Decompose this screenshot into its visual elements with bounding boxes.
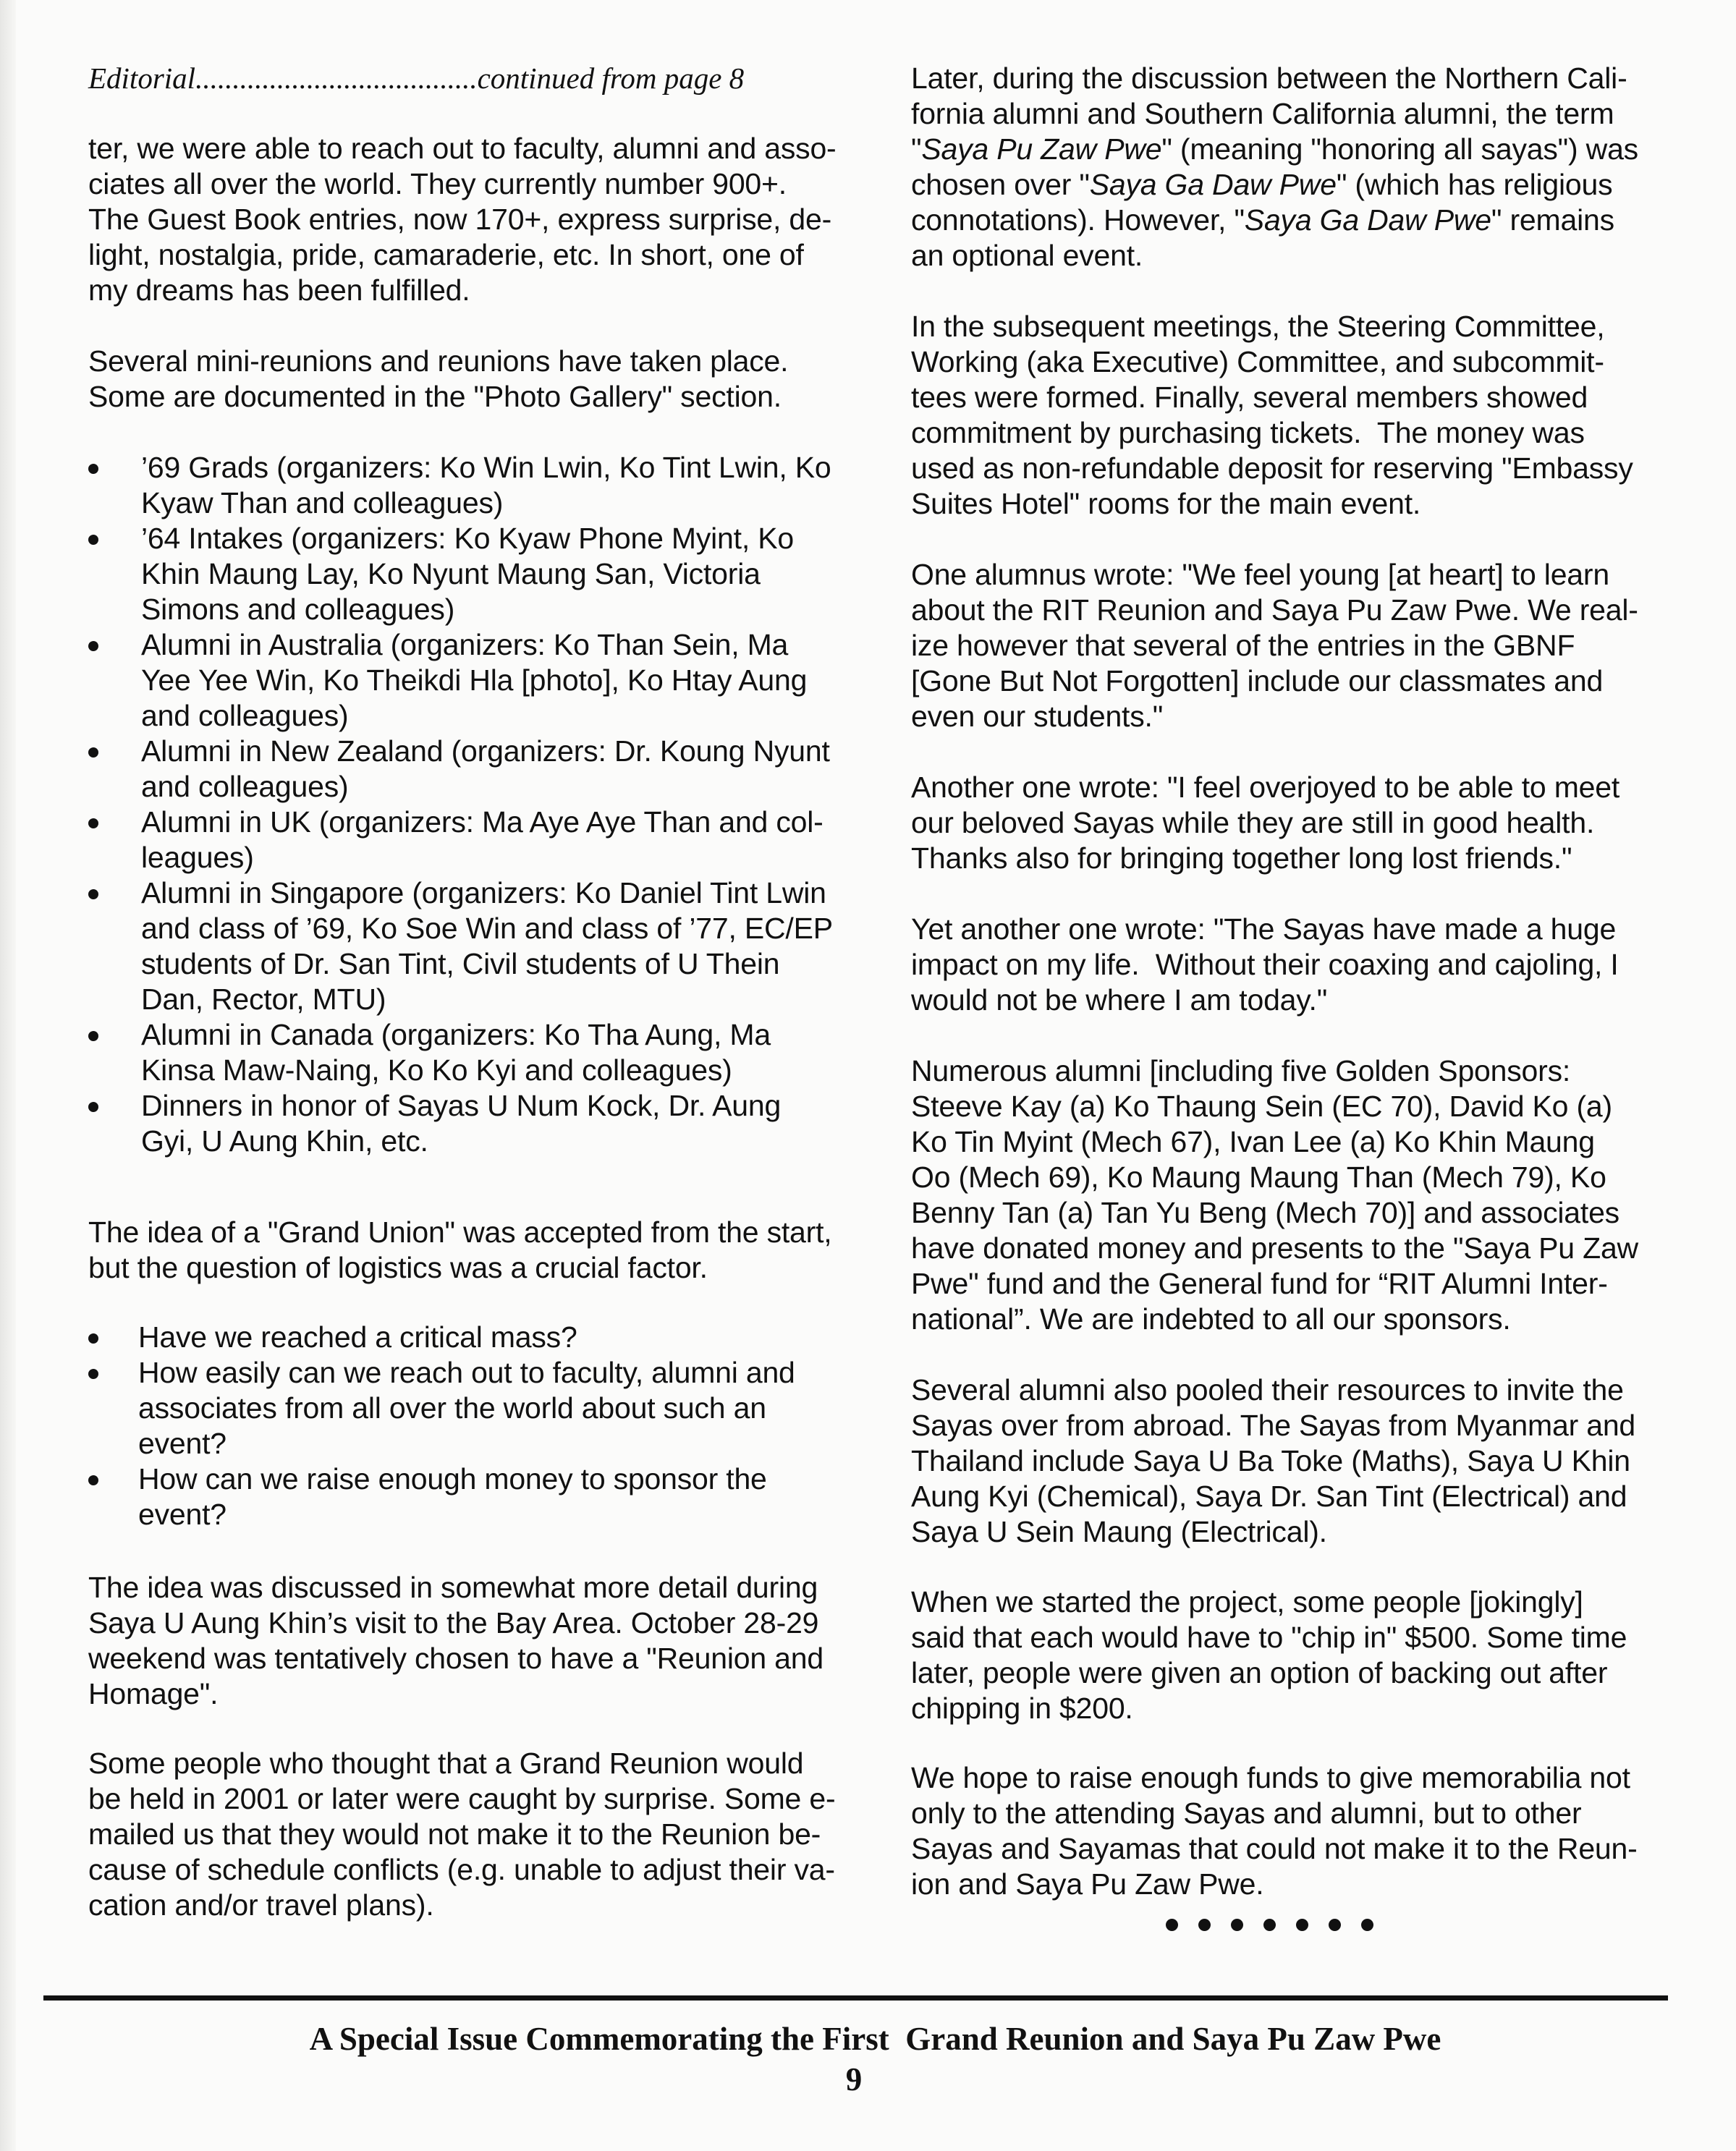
right-paragraph-4: Another one wrote: "I feel overjoyed to …: [911, 770, 1678, 876]
right-paragraph-8: When we started the project, some people…: [911, 1584, 1678, 1726]
right-paragraph-6: Numerous alumni [including five Golden S…: [911, 1053, 1678, 1337]
questions-list: Have we reached a critical mass? How eas…: [88, 1320, 877, 1537]
bullet-icon: [88, 535, 98, 545]
right-paragraph-2: In the subsequent meetings, the Steering…: [911, 309, 1678, 522]
text-line: have donated money and presents to the "…: [911, 1231, 1678, 1266]
text-line: Simons and colleagues): [141, 592, 794, 627]
dot-icon: [1329, 1919, 1341, 1931]
text-line: Thailand include Saya U Ba Toke (Maths),…: [911, 1443, 1678, 1479]
text-line: impact on my life. Without their coaxing…: [911, 947, 1678, 983]
text-line: our beloved Sayas while they are still i…: [911, 805, 1678, 841]
text-line: event?: [138, 1426, 795, 1461]
text-line: ciates all over the world. They currentl…: [88, 166, 877, 202]
text-line: Yee Yee Win, Ko Theikdi Hla [photo], Ko …: [141, 663, 807, 698]
dot-icon: [1166, 1919, 1178, 1931]
section-name: Editorial: [88, 61, 195, 95]
text-segment: connotations). However, ": [911, 203, 1245, 237]
text-line: Gyi, U Aung Khin, etc.: [141, 1124, 781, 1159]
text-line: The idea of a "Grand Union" was accepted…: [88, 1215, 877, 1250]
scan-edge-shadow: [0, 0, 16, 2151]
right-paragraph-1: Later, during the discussion between the…: [911, 61, 1678, 273]
bullet-icon: [88, 889, 98, 899]
text-line: Another one wrote: "I feel overjoyed to …: [911, 770, 1678, 805]
left-paragraph-5: Some people who thought that a Grand Reu…: [88, 1746, 877, 1923]
text-line: Thanks also for bringing together long l…: [911, 841, 1678, 876]
text-line: Alumni in Australia (organizers: Ko Than…: [141, 627, 807, 663]
text-line: later, people were given an option of ba…: [911, 1655, 1678, 1691]
text-line: Later, during the discussion between the…: [911, 61, 1678, 96]
text-line: Alumni in Singapore (organizers: Ko Dani…: [141, 875, 833, 911]
text-line: Kyaw Than and colleagues): [141, 485, 831, 521]
text-line: Sayas and Sayamas that could not make it…: [911, 1831, 1678, 1867]
left-paragraph-4: The idea was discussed in somewhat more …: [88, 1570, 877, 1712]
bullet-icon: [88, 464, 98, 474]
text-line: ’64 Intakes (organizers: Ko Kyaw Phone M…: [141, 521, 794, 556]
end-of-article-mark: [1166, 1919, 1373, 1932]
text-line: light, nostalgia, pride, camaraderie, et…: [88, 237, 877, 273]
text-segment: " (which has religious: [1337, 168, 1613, 201]
text-line: weekend was tentatively chosen to have a…: [88, 1641, 877, 1676]
text-line: commitment by purchasing tickets. The mo…: [911, 415, 1678, 451]
bullet-icon: [88, 1333, 98, 1344]
bullet-icon: [88, 1031, 98, 1041]
text-line: Numerous alumni [including five Golden S…: [911, 1053, 1678, 1089]
dot-icon: [1361, 1919, 1373, 1931]
text-line: Several alumni also pooled their resourc…: [911, 1373, 1678, 1408]
text-segment: chosen over ": [911, 168, 1090, 201]
text-line: used as non-refundable deposit for reser…: [911, 451, 1678, 486]
text-line: Sayas over from abroad. The Sayas from M…: [911, 1408, 1678, 1443]
text-segment: ": [911, 132, 921, 166]
continuation-header: Editorial...............................…: [88, 61, 877, 96]
text-line: Yet another one wrote: "The Sayas have m…: [911, 912, 1678, 947]
text-line: said that each would have to "chip in" $…: [911, 1620, 1678, 1655]
text-line: One alumnus wrote: "We feel young [at he…: [911, 557, 1678, 593]
italic-term: Saya Pu Zaw Pwe: [921, 132, 1161, 166]
bullet-icon: [88, 1102, 98, 1112]
text-line: would not be where I am today.": [911, 983, 1678, 1018]
right-paragraph-3: One alumnus wrote: "We feel young [at he…: [911, 557, 1678, 734]
text-line: associates from all over the world about…: [138, 1391, 795, 1426]
text-line: How easily can we reach out to faculty, …: [138, 1355, 795, 1391]
text-line: Oo (Mech 69), Ko Maung Maung Than (Mech …: [911, 1160, 1678, 1195]
text-line: The idea was discussed in somewhat more …: [88, 1570, 877, 1605]
text-line: Khin Maung Lay, Ko Nyunt Maung San, Vict…: [141, 556, 794, 592]
text-line: ’69 Grads (organizers: Ko Win Lwin, Ko T…: [141, 450, 831, 485]
text-line: ion and Saya Pu Zaw Pwe.: [911, 1867, 1678, 1902]
text-line: ter, we were able to reach out to facult…: [88, 131, 877, 166]
text-line: In the subsequent meetings, the Steering…: [911, 309, 1678, 344]
text-line: even our students.": [911, 699, 1678, 734]
text-line: leagues): [141, 840, 823, 875]
text-line: chosen over "Saya Ga Daw Pwe" (which has…: [911, 167, 1678, 203]
text-line: cause of schedule conflicts (e.g. unable…: [88, 1852, 877, 1888]
left-paragraph-3: The idea of a "Grand Union" was accepted…: [88, 1215, 877, 1286]
dot-leader: ......................................: [195, 61, 478, 95]
text-line: students of Dr. San Tint, Civil students…: [141, 946, 833, 982]
bullet-icon: [88, 1475, 98, 1485]
text-line: national”. We are indebted to all our sp…: [911, 1302, 1678, 1337]
text-line: connotations). However, "Saya Ga Daw Pwe…: [911, 203, 1678, 238]
text-line: Suites Hotel" rooms for the main event.: [911, 486, 1678, 522]
text-line: Alumni in Canada (organizers: Ko Tha Aun…: [141, 1017, 771, 1053]
text-line: Dan, Rector, MTU): [141, 982, 833, 1017]
text-line: Steeve Kay (a) Ko Thaung Sein (EC 70), D…: [911, 1089, 1678, 1124]
text-line: cation and/or travel plans).: [88, 1888, 877, 1923]
text-segment: " (meaning "honoring all sayas") was: [1161, 132, 1638, 166]
text-line: an optional event.: [911, 238, 1678, 273]
dot-icon: [1296, 1919, 1308, 1931]
text-line: mailed us that they would not make it to…: [88, 1817, 877, 1852]
right-paragraph-9: We hope to raise enough funds to give me…: [911, 1760, 1678, 1902]
bullet-icon: [88, 818, 98, 828]
text-line: only to the attending Sayas and alumni, …: [911, 1796, 1678, 1831]
text-line: Saya U Aung Khin’s visit to the Bay Area…: [88, 1605, 877, 1641]
left-paragraph-1: ter, we were able to reach out to facult…: [88, 131, 877, 308]
right-paragraph-7: Several alumni also pooled their resourc…: [911, 1373, 1678, 1550]
text-line: When we started the project, some people…: [911, 1584, 1678, 1620]
text-line: Some people who thought that a Grand Reu…: [88, 1746, 877, 1781]
text-line: We hope to raise enough funds to give me…: [911, 1760, 1678, 1796]
text-line: Dinners in honor of Sayas U Num Kock, Dr…: [141, 1088, 781, 1124]
text-line: ize however that several of the entries …: [911, 628, 1678, 663]
text-line: Pwe" fund and the General fund for “RIT …: [911, 1266, 1678, 1302]
dot-icon: [1231, 1919, 1243, 1931]
page-number: 9: [836, 2061, 872, 2098]
text-line: Alumni in New Zealand (organizers: Dr. K…: [141, 734, 830, 769]
text-line: Kinsa Maw-Naing, Ko Ko Kyi and colleague…: [141, 1053, 771, 1088]
text-line: and colleagues): [141, 698, 807, 734]
text-line: be held in 2001 or later were caught by …: [88, 1781, 877, 1817]
text-line: and colleagues): [141, 769, 830, 805]
text-line: Several mini-reunions and reunions have …: [88, 344, 877, 379]
dot-icon: [1263, 1919, 1276, 1931]
text-line: Alumni in UK (organizers: Ma Aye Aye Tha…: [141, 805, 823, 840]
text-line: chipping in $200.: [911, 1691, 1678, 1726]
reunions-list: ’69 Grads (organizers: Ko Win Lwin, Ko T…: [88, 450, 877, 1159]
text-line: Some are documented in the "Photo Galler…: [88, 379, 877, 415]
bullet-icon: [88, 1369, 98, 1379]
right-paragraph-5: Yet another one wrote: "The Sayas have m…: [911, 912, 1678, 1018]
text-line: tees were formed. Finally, several membe…: [911, 380, 1678, 415]
text-line: fornia alumni and Southern California al…: [911, 96, 1678, 132]
bullet-icon: [88, 747, 98, 758]
dot-icon: [1198, 1919, 1211, 1931]
text-line: Saya U Sein Maung (Electrical).: [911, 1514, 1678, 1550]
text-line: but the question of logistics was a cruc…: [88, 1250, 877, 1286]
text-line: my dreams has been fulfilled.: [88, 273, 877, 308]
text-segment: " remains: [1491, 203, 1614, 237]
text-line: How can we raise enough money to sponsor…: [138, 1461, 767, 1497]
text-line: and class of ’69, Ko Soe Win and class o…: [141, 911, 833, 946]
text-line: Ko Tin Myint (Mech 67), Ivan Lee (a) Ko …: [911, 1124, 1678, 1160]
footer-rule: [43, 1995, 1668, 2001]
bullet-icon: [88, 641, 98, 651]
italic-term: Saya Ga Daw Pwe: [1245, 203, 1491, 237]
text-line: "Saya Pu Zaw Pwe" (meaning "honoring all…: [911, 132, 1678, 167]
text-line: Benny Tan (a) Tan Yu Beng (Mech 70)] and…: [911, 1195, 1678, 1231]
text-line: Have we reached a critical mass?: [138, 1320, 577, 1355]
text-line: Working (aka Executive) Committee, and s…: [911, 344, 1678, 380]
text-line: Aung Kyi (Chemical), Saya Dr. San Tint (…: [911, 1479, 1678, 1514]
footer-title: A Special Issue Commemorating the First …: [0, 2020, 1736, 2058]
text-line: The Guest Book entries, now 170+, expres…: [88, 202, 877, 237]
left-paragraph-2: Several mini-reunions and reunions have …: [88, 344, 877, 415]
text-line: about the RIT Reunion and Saya Pu Zaw Pw…: [911, 593, 1678, 628]
text-line: [Gone But Not Forgotten] include our cla…: [911, 663, 1678, 699]
italic-term: Saya Ga Daw Pwe: [1090, 168, 1337, 201]
continued-note: continued from page 8: [478, 61, 745, 95]
text-line: event?: [138, 1497, 767, 1532]
text-line: Homage".: [88, 1676, 877, 1712]
